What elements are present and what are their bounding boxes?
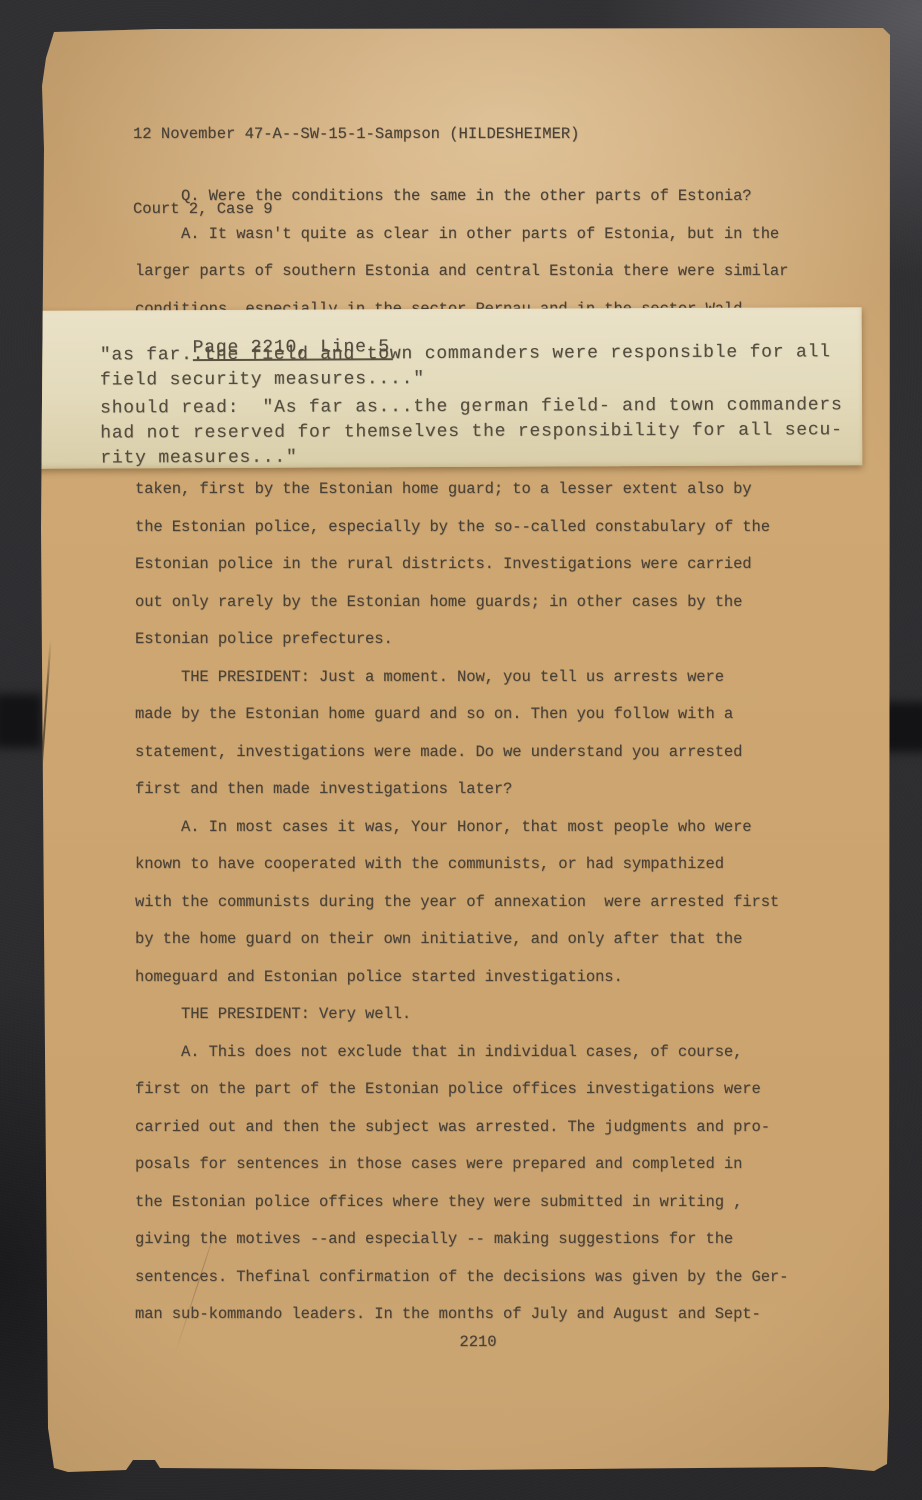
scanned-page-background: 12 November 47-A--SW-15-1-Sampson (HILDE… — [0, 0, 922, 1500]
transcript-body-block: taken, first by the Estonian home guard;… — [135, 471, 860, 1334]
text-line: should read: "As far as...the german fie… — [100, 393, 843, 421]
header-line-reference: 12 November 47-A--SW-15-1-Sampson (HILDE… — [133, 122, 579, 147]
text-line: homeguard and Estonian police started in… — [135, 959, 860, 997]
text-line: Estonian police in the rural districts. … — [135, 546, 860, 584]
text-line: larger parts of southern Estonia and cen… — [135, 253, 860, 291]
correction-slip: Page 2210, Line 5 "as far..the field and… — [34, 307, 863, 469]
text-line: A. This does not exclude that in individ… — [135, 1034, 860, 1072]
text-line: field security measures...." — [100, 365, 831, 393]
text-line: made by the Estonian home guard and so o… — [135, 696, 860, 734]
text-line: with the communists during the year of a… — [135, 884, 860, 922]
background-shadow-band-left — [0, 694, 42, 748]
text-line: giving the motives --and especially -- m… — [135, 1221, 860, 1259]
text-line: the Estonian police, especially by the s… — [135, 509, 860, 547]
text-line: out only rarely by the Estonian home gua… — [135, 584, 860, 622]
text-line: carried out and then the subject was arr… — [135, 1109, 860, 1147]
correction-slip-corrected-text: should read: "As far as...the german fie… — [100, 393, 843, 471]
text-line: statement, investigations were made. Do … — [135, 734, 860, 772]
text-line: posals for sentences in those cases were… — [135, 1146, 860, 1184]
text-line: by the home guard on their own initiativ… — [135, 921, 860, 959]
text-line: "as far..the field and town commanders w… — [100, 340, 831, 368]
page-number: 2210 — [38, 1324, 890, 1362]
text-line: taken, first by the Estonian home guard;… — [135, 471, 860, 509]
text-line: Q. Were the conditions the same in the o… — [135, 178, 860, 216]
correction-slip-original-quote: "as far..the field and town commanders w… — [100, 340, 831, 393]
text-line: A. It wasn't quite as clear in other par… — [135, 216, 860, 254]
text-line: A. In most cases it was, Your Honor, tha… — [135, 809, 860, 847]
text-line: rity measures..." — [100, 443, 843, 471]
text-line: the Estonian police offices where they w… — [135, 1184, 860, 1222]
text-line: sentences. Thefinal confirmation of the … — [135, 1259, 860, 1297]
text-line: had not reserved for themselves the resp… — [100, 418, 843, 446]
text-line: Estonian police prefectures. — [135, 621, 860, 659]
text-line: THE PRESIDENT: Just a moment. Now, you t… — [135, 659, 860, 697]
text-line: known to have cooperated with the commun… — [135, 846, 860, 884]
transcript-top-block: Q. Were the conditions the same in the o… — [135, 178, 860, 328]
text-line: first and then made investigations later… — [135, 771, 860, 809]
text-line: THE PRESIDENT: Very well. — [135, 996, 860, 1034]
document-page: 12 November 47-A--SW-15-1-Sampson (HILDE… — [38, 28, 890, 1474]
text-line: first on the part of the Estonian police… — [135, 1071, 860, 1109]
